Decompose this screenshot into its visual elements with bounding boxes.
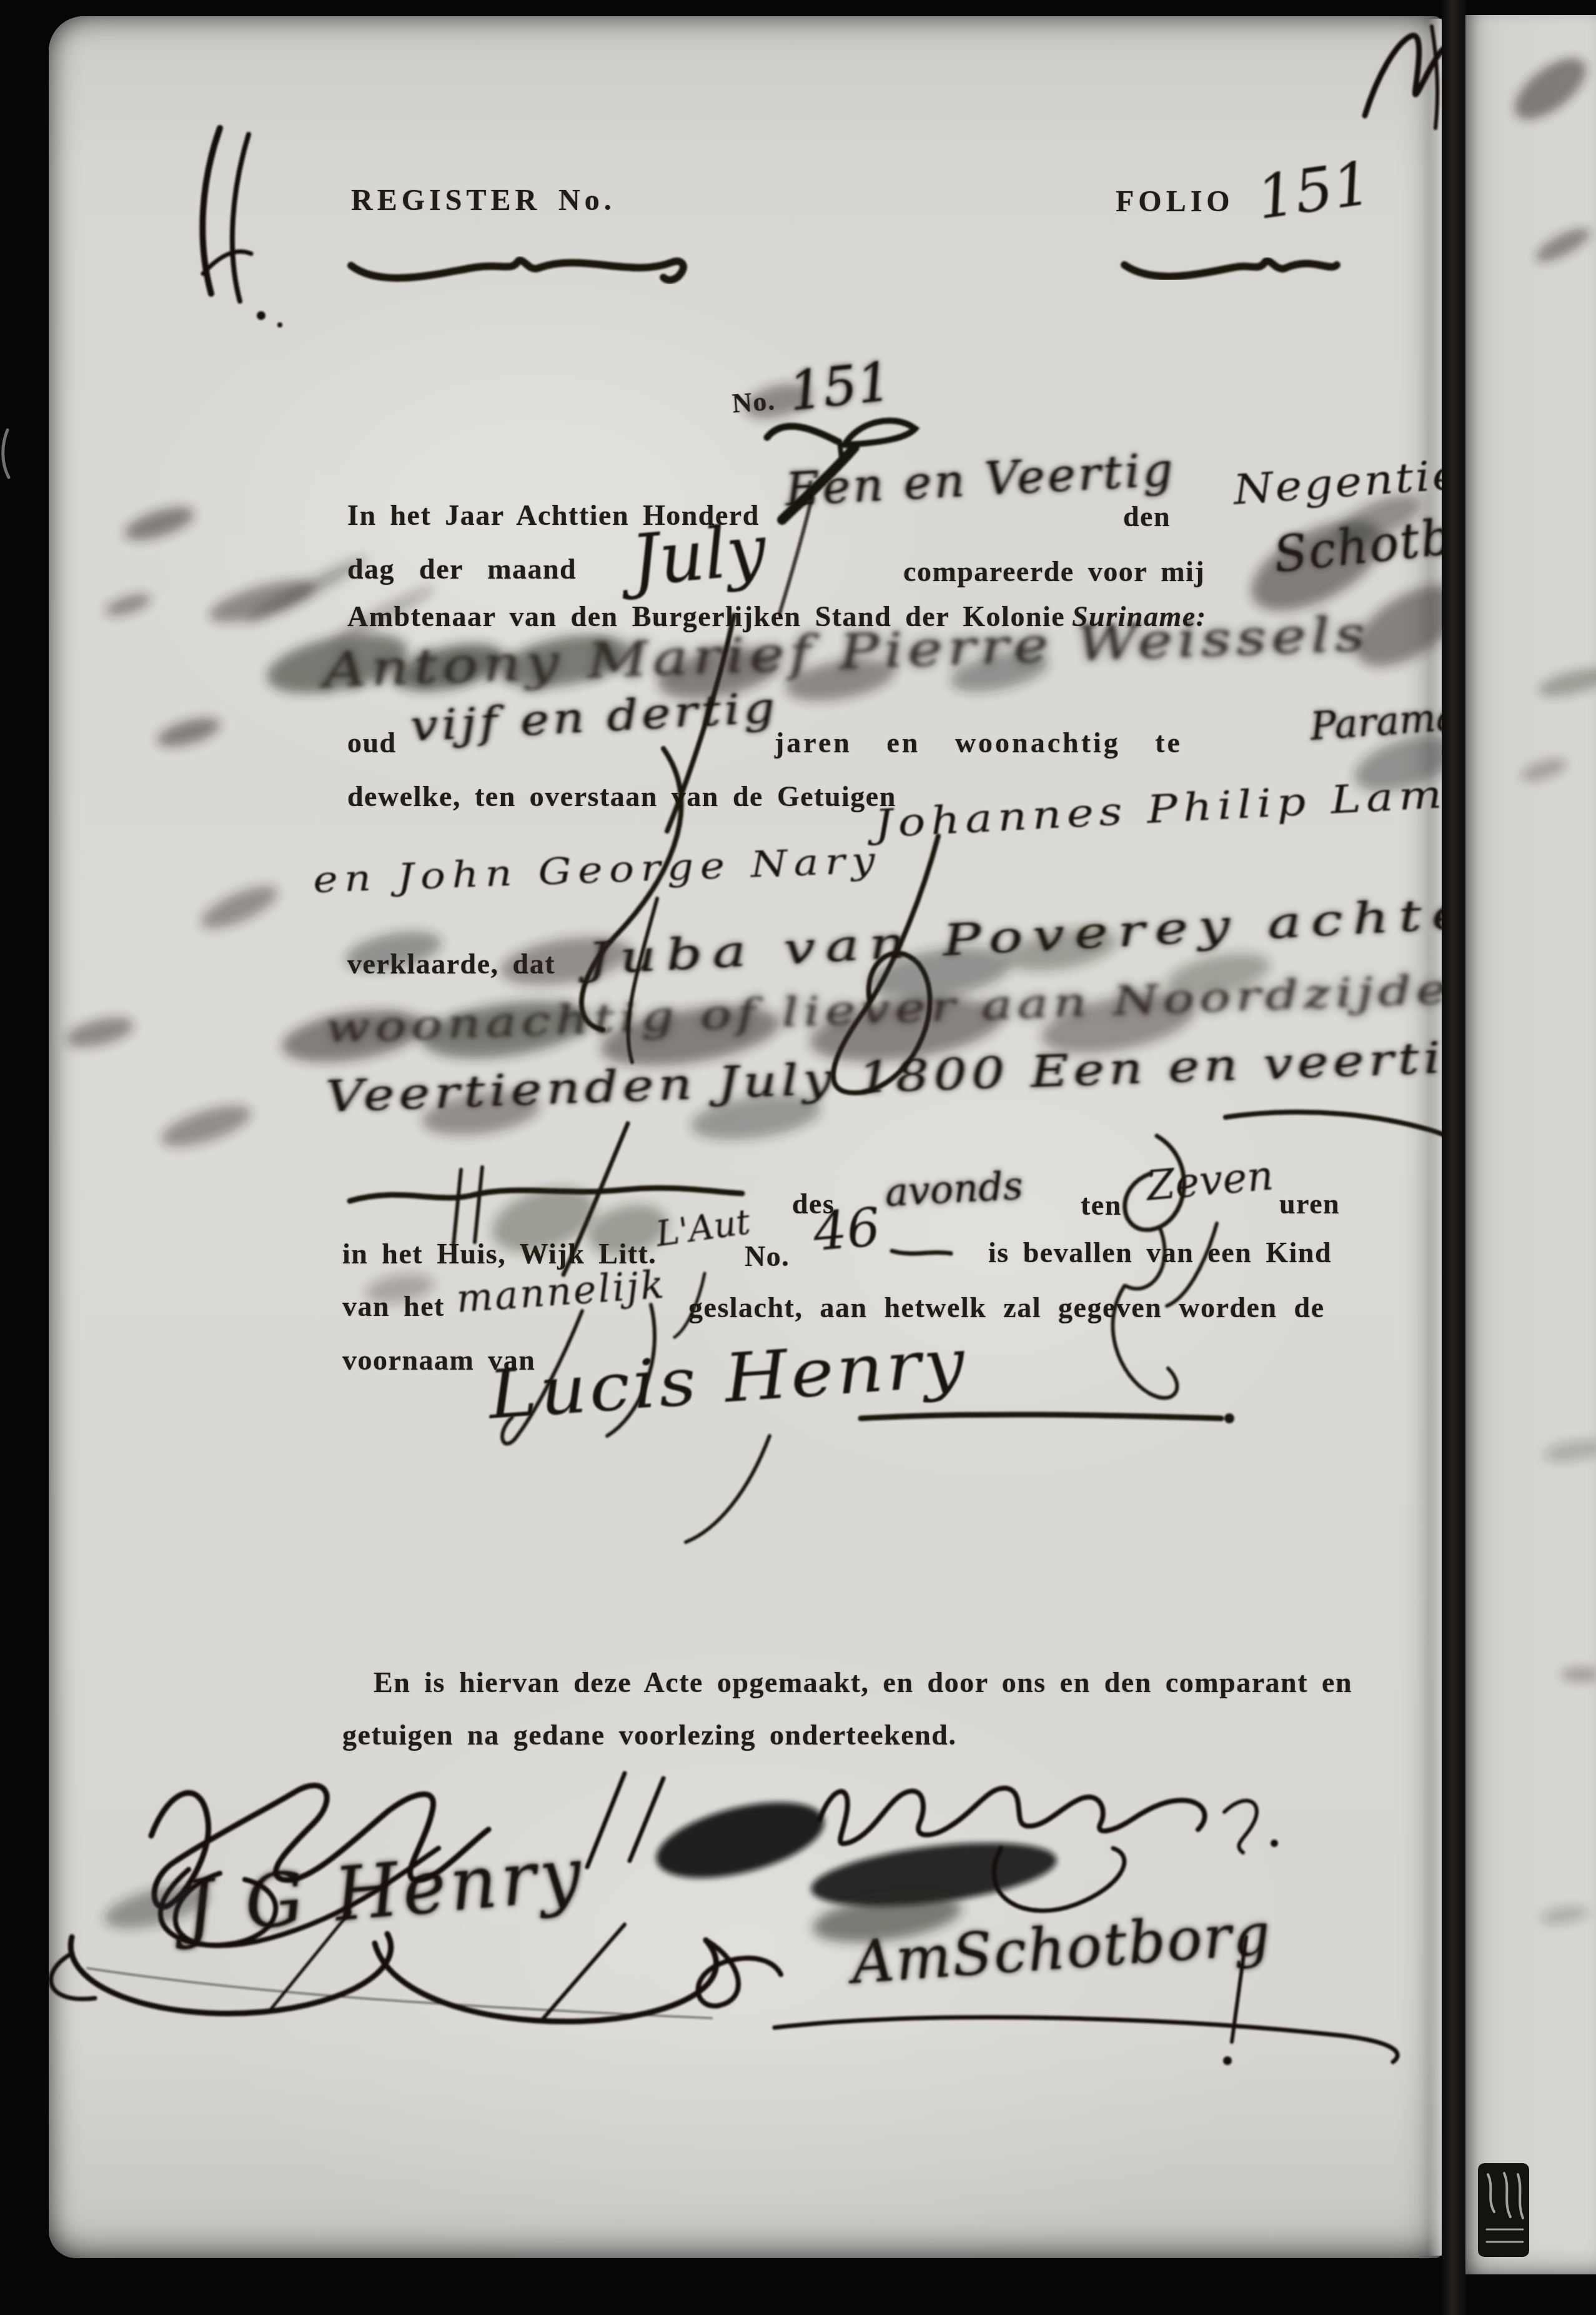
body-line13-print-c: is bevallen van een Kind [988,1236,1332,1269]
act-number-flourish [767,421,915,614]
body-line5-print-a: oud [347,726,397,759]
body-line5-print-b: jaren en woonachtig te [775,726,1182,759]
folio-label: FOLIO [1116,184,1234,219]
body-line14-print-a: van het [342,1290,445,1323]
register-page-content: REGISTER No. FOLIO 151 No. 151 In het Ja… [0,0,1442,2274]
body-line9-print: verklaarde, dat [347,947,555,980]
top-left-ink-flourish [202,128,282,327]
body-line2-print-a: dag der maand [347,552,577,585]
body-line2-hand-month: July [628,509,770,602]
folio-number-handwritten: 151 [1252,147,1375,232]
body-line6-print: dewelke, ten overstaan van de Getuigen [347,780,896,813]
register-brace-flourish [351,261,683,280]
body-line12-print-b: ten [1081,1188,1122,1222]
body-line13-print-b: No. [745,1240,790,1273]
signature-witness-2-scrawl [649,1788,1278,1918]
body-line1-hand-year: Een en Veertig [784,443,1177,516]
register-label: REGISTER No. [351,183,616,217]
body-line8-hand-witness2: en John George Nary [312,839,882,901]
body-line1-hand-day: Negentienden [1232,442,1442,514]
closing-line2-print: getuigen na gedane voorlezing onderteeke… [342,1718,956,1751]
body-line7-hand-witness1: Johannes Philip Lambert [873,765,1442,847]
book-binding-gap [1442,0,1465,2315]
body-line13-hand-number: 46 [811,1197,883,1263]
body-line16-hand-child-name: Lucis Henry [486,1323,970,1433]
body-line2-print-b: compareerde voor mij [903,555,1205,588]
body-line13-hand-wijk: L'Aut [653,1202,753,1255]
body-line12-hand-evening: avonds [884,1162,1024,1215]
signature-registrar: AmSchotborg [850,1900,1274,1998]
closing-line1-print: En is hiervan deze Acte opgemaakt, en do… [374,1666,1352,1699]
act-number-label: No. [731,385,776,420]
margin-scratch [3,430,9,477]
folio-brace-flourish [1124,261,1337,277]
body-line1-print-b: den [1123,500,1171,533]
top-right-ink-flourish [1365,26,1442,155]
next-page-edge [1465,15,1596,2274]
act-number-handwritten: 151 [786,351,895,424]
signature-declarant: J G Henry [181,1830,588,1951]
body-line14-hand-gender: mannelijk [455,1262,667,1322]
body-line14-print-b: geslacht, aan hetwelk zal gegeven worden… [688,1291,1325,1324]
body-line12-hand-hour: Zeven [1144,1151,1276,1210]
body-line5-hand-place: Paramaribo [1309,688,1442,749]
body-line12-print-c: uren [1279,1187,1340,1220]
scanned-register-photo: REGISTER No. FOLIO 151 No. 151 In het Ja… [0,0,1596,2315]
body-line9-hand-mother: Juba van Poverey achter [586,885,1442,984]
body-line5-hand-age: vijf en dertig [409,683,780,752]
